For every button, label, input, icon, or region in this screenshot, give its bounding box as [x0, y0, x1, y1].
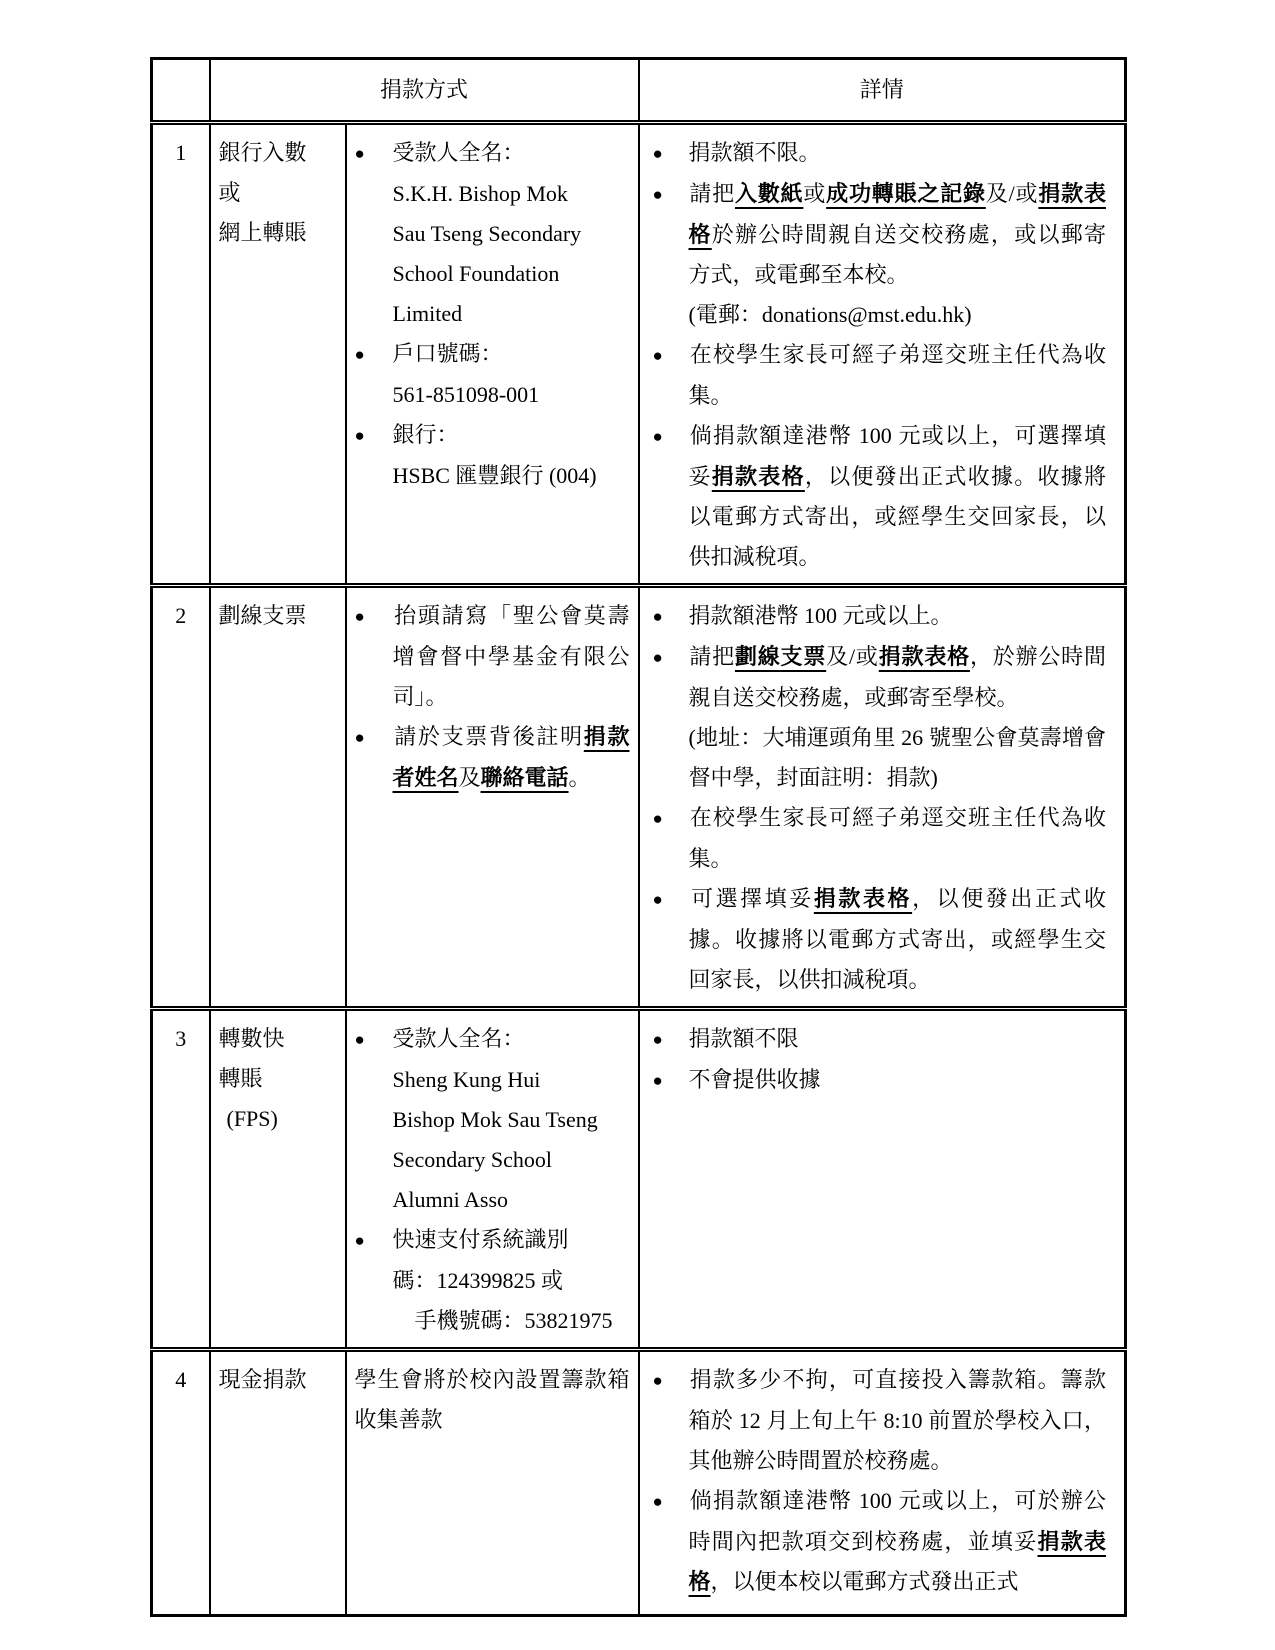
details-cell: ●捐款額港幣 100 元或以上。●請把劃線支票及/或捐款表格，於辦公時間親自送交…: [639, 586, 1126, 1009]
text-run: 及/或: [826, 644, 879, 669]
bullet-icon: ●: [653, 597, 689, 637]
text-block: 學生會將於校內設置籌款箱收集善款: [355, 1360, 630, 1440]
details-cell: ●捐款額不限●不會提供收據: [639, 1009, 1126, 1350]
text-run: Alumni Asso: [393, 1187, 509, 1212]
bullet-item: ●快速支付系統識別碼：124399825 或手機號碼：53821975: [355, 1220, 630, 1341]
bullet-icon: ●: [653, 1482, 689, 1522]
bullet-item: ●捐款額港幣 100 元或以上。: [653, 596, 1107, 637]
text-run: 請於支票背後註明: [393, 724, 584, 749]
bullet-icon: ●: [653, 1061, 689, 1101]
text-run: 銀行入數: [219, 140, 307, 165]
text-run: Sau Tseng Secondary: [393, 221, 582, 246]
bullet-item: ●可選擇填妥捐款表格，以便發出正式收據。收據將以電郵方式寄出，或經學生交回家長，…: [653, 879, 1107, 1000]
bullet-icon: ●: [653, 336, 689, 376]
bullet-item: ●不會提供收據: [653, 1060, 1107, 1101]
bullet-item: ●捐款多少不拘，可直接投入籌款箱。籌款箱於 12 月上旬上午 8:10 前置於學…: [653, 1360, 1107, 1481]
text-run: 於辦公時間親自送交校務處，或以郵寄方式，或電郵至本校。: [689, 222, 1106, 287]
emphasized-text: 捐款表格: [814, 886, 912, 911]
bullet-icon: ●: [653, 799, 689, 839]
method-detail-cell: 學生會將於校內設置籌款箱收集善款: [346, 1350, 639, 1616]
method-name-cell: 現金捐款: [210, 1350, 346, 1616]
text-run: 銀行：: [393, 422, 459, 447]
emphasized-text: 劃線支票: [735, 644, 826, 669]
bullet-item: ●請於支票背後註明捐款者姓名及聯絡電話。: [355, 717, 630, 798]
text-run: 捐款額不限: [689, 1026, 799, 1051]
text-run: Sheng Kung Hui: [393, 1067, 541, 1092]
details-cell: ●捐款多少不拘，可直接投入籌款箱。籌款箱於 12 月上旬上午 8:10 前置於學…: [639, 1350, 1126, 1616]
emphasized-text: 捐款表格: [712, 464, 805, 489]
table-row: 2劃線支票●抬頭請寫「聖公會莫壽增會督中學基金有限公司」。●請於支票背後註明捐款…: [152, 586, 1126, 1009]
bullet-icon: ●: [355, 597, 393, 637]
text-run: 轉數快: [219, 1026, 285, 1051]
text-run: 或: [803, 181, 826, 206]
text-run: (FPS): [219, 1106, 278, 1131]
details-cell: ●捐款額不限。●請把入數紙或成功轉賬之記錄及/或捐款表格於辦公時間親自送交校務處…: [639, 123, 1126, 586]
bullet-item: ●在校學生家長可經子弟逕交班主任代為收集。: [653, 335, 1107, 416]
bullet-item: ●捐款額不限。: [653, 133, 1107, 174]
text-run: S.K.H. Bishop Mok: [393, 181, 568, 206]
text-run: 抬頭請寫「聖公會莫壽增會督中學基金有限公司」。: [393, 603, 630, 709]
bullet-icon: ●: [653, 175, 689, 215]
text-run: 受款人全名：: [393, 1026, 525, 1051]
row-number-cell: 4: [152, 1350, 210, 1616]
bullet-icon: ●: [653, 638, 689, 678]
table-row: 3轉數快轉賬(FPS)●受款人全名：Sheng Kung HuiBishop M…: [152, 1009, 1126, 1350]
document-page: 捐款方式 詳情 1銀行入數或網上轉賬●受款人全名：S.K.H. Bishop M…: [0, 0, 1275, 1650]
text-run: 劃線支票: [219, 603, 307, 628]
text-run: 現金捐款: [219, 1367, 307, 1392]
text-run: 學生會將於校內設置籌款箱收集善款: [355, 1367, 630, 1432]
method-name-cell: 劃線支票: [210, 586, 346, 1009]
bullet-item: ●捐款額不限: [653, 1019, 1107, 1060]
text-run: 請把: [689, 644, 735, 669]
bullet-icon: ●: [653, 1020, 689, 1060]
text-run: Bishop Mok Sau Tseng: [393, 1107, 598, 1132]
bullet-item: ●請把入數紙或成功轉賬之記錄及/或捐款表格於辦公時間親自送交校務處，或以郵寄方式…: [653, 174, 1107, 335]
text-run: (地址：大埔運頭角里 26 號聖公會莫壽增會督中學，封面註明：捐款): [689, 725, 1107, 790]
emphasized-text: 入數紙: [735, 181, 803, 206]
text-run: (電郵：donations@mst.edu.hk): [689, 302, 972, 327]
text-run: 不會提供收據: [689, 1067, 821, 1092]
text-run: HSBC 匯豐銀行 (004): [393, 463, 597, 488]
text-run: 手機號碼：53821975: [393, 1308, 613, 1333]
bullet-item: ●銀行：HSBC 匯豐銀行 (004): [355, 415, 630, 496]
bullet-icon: ●: [653, 417, 689, 457]
emphasized-text: 捐款表格: [879, 644, 970, 669]
bullet-icon: ●: [355, 718, 393, 758]
bullet-item: ●受款人全名：Sheng Kung HuiBishop Mok Sau Tsen…: [355, 1019, 630, 1220]
method-name-cell: 銀行入數或網上轉賬: [210, 123, 346, 586]
bullet-item: ●戶口號碼：561-851098-001: [355, 334, 630, 415]
bullet-icon: ●: [653, 1361, 689, 1401]
bullet-icon: ●: [653, 134, 689, 174]
method-name-text: 現金捐款: [219, 1360, 341, 1400]
method-detail-cell: ●抬頭請寫「聖公會莫壽增會督中學基金有限公司」。●請於支票背後註明捐款者姓名及聯…: [346, 586, 639, 1009]
text-run: 網上轉賬: [219, 220, 307, 245]
text-run: 轉賬: [219, 1066, 263, 1091]
method-name-text: 轉數快轉賬(FPS): [219, 1019, 341, 1139]
header-details-column: 詳情: [639, 59, 1126, 123]
bullet-icon: ●: [355, 416, 393, 456]
method-detail-cell: ●受款人全名：Sheng Kung HuiBishop Mok Sau Tsen…: [346, 1009, 639, 1350]
emphasized-text: 成功轉賬之記錄: [826, 181, 986, 206]
text-run: Secondary School: [393, 1147, 552, 1172]
text-run: 。: [569, 765, 591, 790]
bullet-icon: ●: [355, 1221, 393, 1261]
header-corner-cell: [152, 59, 210, 123]
bullet-item: ●在校學生家長可經子弟逕交班主任代為收集。: [653, 798, 1107, 879]
header-method-column: 捐款方式: [210, 59, 639, 123]
donation-methods-table: 捐款方式 詳情 1銀行入數或網上轉賬●受款人全名：S.K.H. Bishop M…: [150, 57, 1127, 1617]
text-run: 捐款額不限。: [689, 140, 821, 165]
method-name-text: 劃線支票: [219, 596, 341, 636]
text-run: 碼：124399825 或: [393, 1268, 564, 1293]
text-run: 捐款多少不拘，可直接投入籌款箱。籌款箱於 12 月上旬上午 8:10 前置於學校…: [689, 1367, 1107, 1473]
table-row: 1銀行入數或網上轉賬●受款人全名：S.K.H. Bishop MokSau Ts…: [152, 123, 1126, 586]
text-run: 或: [219, 180, 241, 205]
bullet-icon: ●: [653, 880, 689, 920]
emphasized-text: 聯絡電話: [481, 765, 569, 790]
table-row: 4現金捐款學生會將於校內設置籌款箱收集善款●捐款多少不拘，可直接投入籌款箱。籌款…: [152, 1350, 1126, 1616]
bullet-icon: ●: [355, 134, 393, 174]
method-name-text: 銀行入數或網上轉賬: [219, 133, 341, 253]
text-run: 戶口號碼：: [393, 341, 503, 366]
bullet-item: ●請把劃線支票及/或捐款表格，於辦公時間親自送交校務處，或郵寄至學校。(地址：大…: [653, 637, 1107, 798]
text-run: 及: [459, 765, 481, 790]
text-run: ，以便本校以電郵方式發出正式: [711, 1569, 1019, 1594]
text-run: 請把: [689, 181, 735, 206]
text-run: 及/或: [986, 181, 1039, 206]
header-row: 捐款方式 詳情: [152, 59, 1126, 123]
text-run: 受款人全名：: [393, 140, 525, 165]
row-number-cell: 3: [152, 1009, 210, 1350]
bullet-icon: ●: [355, 335, 393, 375]
text-run: 在校學生家長可經子弟逕交班主任代為收集。: [689, 805, 1107, 871]
method-detail-cell: ●受款人全名：S.K.H. Bishop MokSau Tseng Second…: [346, 123, 639, 586]
bullet-item: ●受款人全名：S.K.H. Bishop MokSau Tseng Second…: [355, 133, 630, 334]
bullet-icon: ●: [355, 1020, 393, 1060]
text-run: 在校學生家長可經子弟逕交班主任代為收集。: [689, 342, 1107, 408]
method-name-cell: 轉數快轉賬(FPS): [210, 1009, 346, 1350]
row-number-cell: 2: [152, 586, 210, 1009]
text-run: 捐款額港幣 100 元或以上。: [689, 603, 953, 628]
text-run: 快速支付系統識別: [393, 1227, 569, 1252]
text-run: 561-851098-001: [393, 382, 540, 407]
table-body: 1銀行入數或網上轉賬●受款人全名：S.K.H. Bishop MokSau Ts…: [152, 123, 1126, 1616]
text-run: 可選擇填妥: [689, 886, 814, 911]
text-run: School Foundation: [393, 261, 560, 286]
row-number-cell: 1: [152, 123, 210, 586]
bullet-item: ●倘捐款額達港幣 100 元或以上，可選擇填妥捐款表格，以便發出正式收據。收據將…: [653, 416, 1107, 577]
bullet-item: ●抬頭請寫「聖公會莫壽增會督中學基金有限公司」。: [355, 596, 630, 717]
bullet-item: ●倘捐款額達港幣 100 元或以上，可於辦公時間內把款項交到校務處，並填妥捐款表…: [653, 1481, 1107, 1602]
text-run: Limited: [393, 301, 463, 326]
